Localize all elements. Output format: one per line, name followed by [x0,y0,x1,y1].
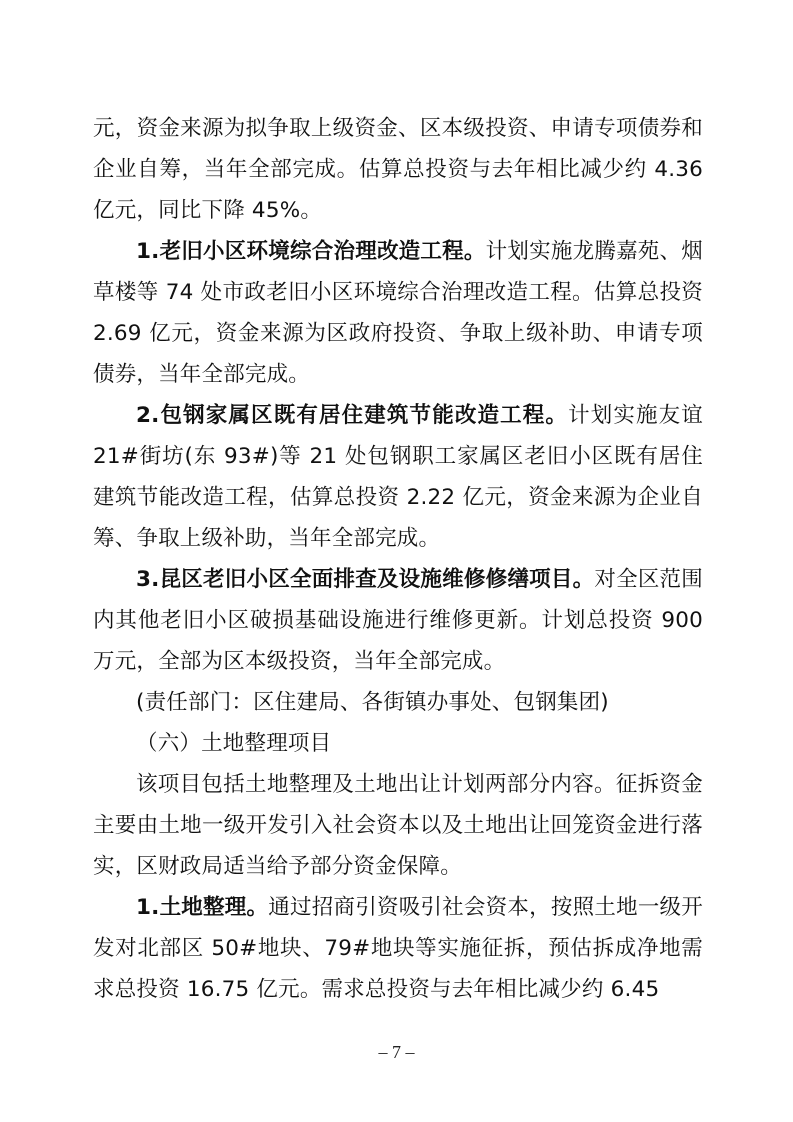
page-number: – 7 – [0,1042,793,1063]
section-heading: 2.包钢家属区既有居住建筑节能改造工程。 [136,403,568,428]
paragraph-text: 元，资金来源为拟争取上级资金、区本级投资、申请专项债券和企业自筹，当年全部完成。… [93,116,703,223]
paragraph-land-project-overview: 该项目包括土地整理及土地出让计划两部分内容。征拆资金主要由土地一级开发引入社会资… [93,764,703,887]
section-title: （六）土地整理项目 [136,731,331,756]
paragraph-baogang-energy-retrofit: 2.包钢家属区既有居住建筑节能改造工程。计划实施友谊 21#街坊(东 93#)等… [93,395,703,559]
paragraph-text: 该项目包括土地整理及土地出让计划两部分内容。征拆资金主要由土地一级开发引入社会资… [93,772,703,879]
paragraph-old-community-renovation: 1.老旧小区环境综合治理改造工程。计划实施龙腾嘉苑、烟草楼等 74 处市政老旧小… [93,231,703,395]
paragraph-text: (责任部门：区住建局、各街镇办事处、包钢集团) [136,690,609,715]
section-heading: 1.老旧小区环境综合治理改造工程。 [136,239,486,264]
paragraph-land-consolidation: 1.土地整理。通过招商引资吸引社会资本，按照土地一级开发对北部区 50#地块、7… [93,887,703,1010]
paragraph-facility-maintenance: 3.昆区老旧小区全面排查及设施维修修缮项目。对全区范围内其他老旧小区破损基础设施… [93,559,703,682]
section-title-land-consolidation: （六）土地整理项目 [93,723,703,764]
section-heading: 1.土地整理。 [136,895,268,920]
paragraph-funding-summary: 元，资金来源为拟争取上级资金、区本级投资、申请专项债券和企业自筹，当年全部完成。… [93,108,703,231]
paragraph-responsible-departments: (责任部门：区住建局、各街镇办事处、包钢集团) [93,682,703,723]
document-page: 元，资金来源为拟争取上级资金、区本级投资、申请专项债券和企业自筹，当年全部完成。… [93,108,703,1010]
section-heading: 3.昆区老旧小区全面排查及设施维修修缮项目。 [136,567,594,592]
